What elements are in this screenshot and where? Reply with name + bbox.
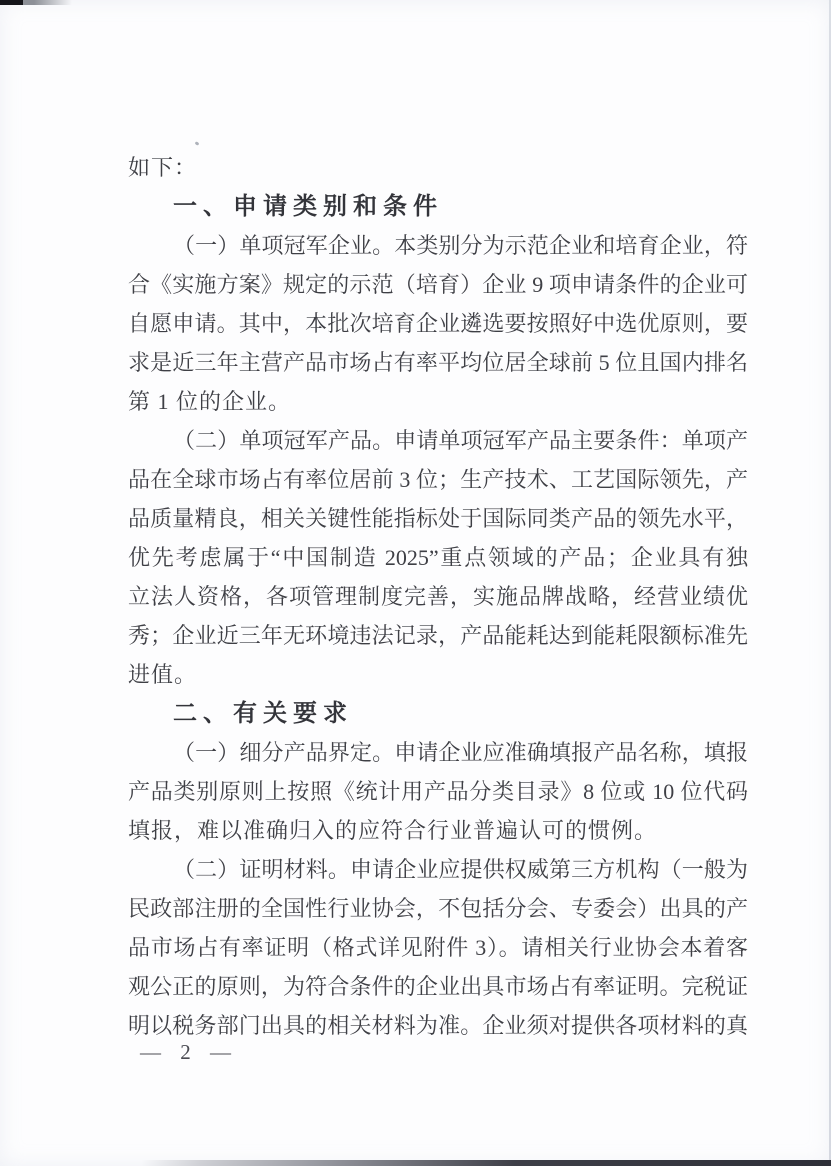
document-line: 求是近三年主营产品市场占有率平均位居全球前 5 位且国内排名 bbox=[128, 343, 748, 382]
document-line: 合《实施方案》规定的示范（培育）企业 9 项申请条件的企业可 bbox=[128, 265, 748, 304]
scanned-document-page: 如下：一、申请类别和条件（一）单项冠军企业。本类别分为示范企业和培育企业，符合《… bbox=[0, 0, 831, 1166]
document-line: （一）单项冠军企业。本类别分为示范企业和培育企业，符 bbox=[128, 226, 748, 265]
document-line: 品市场占有率证明（格式详见附件 3）。请相关行业协会本着客 bbox=[128, 928, 748, 967]
document-line: 品在全球市场占有率位居前 3 位；生产技术、工艺国际领先，产 bbox=[128, 460, 748, 499]
document-line: （一）细分产品界定。申请企业应准确填报产品名称，填报 bbox=[128, 733, 748, 772]
document-line: 自愿申请。其中，本批次培育企业遴选要按照好中选优原则，要 bbox=[128, 304, 748, 343]
document-body: 如下：一、申请类别和条件（一）单项冠军企业。本类别分为示范企业和培育企业，符合《… bbox=[128, 148, 748, 1045]
document-line: 优先考虑属于“中国制造 2025”重点领域的产品；企业具有独 bbox=[128, 538, 748, 577]
scan-corner-mark bbox=[0, 0, 72, 5]
document-line: 秀；企业近三年无环境违法记录，产品能耗达到能耗限额标准先 bbox=[128, 616, 748, 655]
scan-bottom-edge-line bbox=[0, 1160, 831, 1166]
document-line: 如下： bbox=[128, 148, 748, 187]
document-line: （二）证明材料。申请企业应提供权威第三方机构（一般为 bbox=[128, 850, 748, 889]
document-line: 民政部注册的全国性行业协会，不包括分会、专委会）出具的产 bbox=[128, 889, 748, 928]
document-line: 观公正的原则，为符合条件的企业出具市场占有率证明。完税证 bbox=[128, 967, 748, 1006]
document-line: 立法人资格，各项管理制度完善，实施品牌战略，经营业绩优 bbox=[128, 577, 748, 616]
document-line: 产品类别原则上按照《统计用产品分类目录》8 位或 10 位代码 bbox=[128, 772, 748, 811]
page-number: — 2 — bbox=[140, 1040, 238, 1065]
document-line: 填报，难以准确归入的应符合行业普遍认可的惯例。 bbox=[128, 811, 748, 850]
document-line: 进值。 bbox=[128, 655, 748, 694]
section-heading: 一、申请类别和条件 bbox=[128, 187, 748, 226]
document-line: 品质量精良，相关关键性能指标处于国际同类产品的领先水平， bbox=[128, 499, 748, 538]
section-heading: 二、有关要求 bbox=[128, 694, 748, 733]
scan-speck bbox=[195, 141, 200, 146]
document-line: 第 1 位的企业。 bbox=[128, 382, 748, 421]
document-line: （二）单项冠军产品。申请单项冠军产品主要条件：单项产 bbox=[128, 421, 748, 460]
